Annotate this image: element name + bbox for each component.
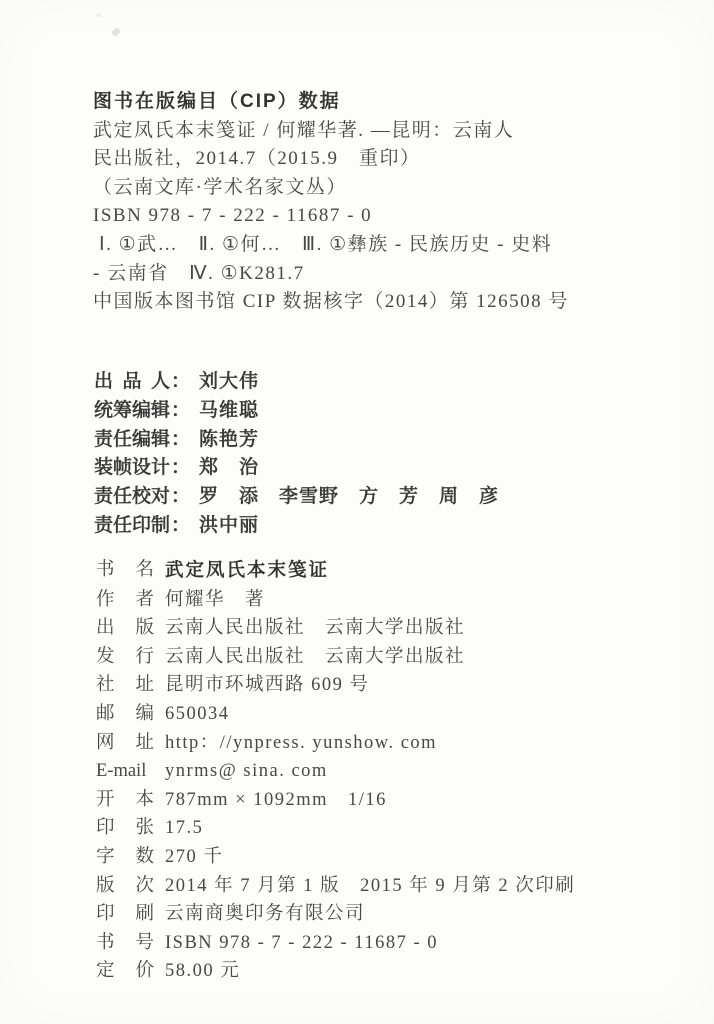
cip-classification-line: Ⅰ. ①武… Ⅱ. ①何… Ⅲ. ①彝族 - 民族历史 - 史料 bbox=[93, 231, 638, 260]
colon: ： bbox=[171, 400, 190, 421]
detail-row-edition: 版次2014 年 7 月第 1 版 2015 年 9 月第 2 次印刷 bbox=[96, 872, 636, 901]
detail-value: 650034 bbox=[165, 704, 230, 724]
cip-registry-line: 中国版本图书馆 CIP 数据核字（2014）第 126508 号 bbox=[93, 288, 638, 317]
detail-label: 印刷 bbox=[96, 900, 154, 929]
detail-value: 昆明市环城西路 609 号 bbox=[165, 675, 370, 695]
colon: ： bbox=[171, 429, 190, 450]
staff-name: 刘大伟 bbox=[199, 371, 259, 392]
book-copyright-page: 图书在版编目（CIP）数据 武定凤氏本末笺证 / 何耀华著. —昆明：云南人 民… bbox=[0, 0, 714, 1024]
detail-row-website: 网址http：//ynpress. yunshow. com bbox=[96, 729, 636, 758]
detail-label: 版次 bbox=[96, 872, 154, 901]
detail-row-printer: 印刷云南商奥印务有限公司 bbox=[96, 900, 636, 929]
detail-label: 定价 bbox=[96, 957, 154, 986]
detail-value: 云南人民出版社 云南大学出版社 bbox=[165, 647, 465, 667]
staff-row: 责任校对：罗 添 李雪野 方 芳 周 彦 bbox=[94, 483, 614, 512]
detail-row-address: 社址昆明市环城西路 609 号 bbox=[96, 671, 636, 700]
detail-label: 书号 bbox=[96, 929, 154, 958]
detail-label: 邮编 bbox=[96, 700, 154, 729]
staff-role-label: 责任编辑 bbox=[94, 426, 170, 455]
colon: ： bbox=[171, 515, 190, 536]
detail-label: 字数 bbox=[96, 843, 154, 872]
staff-row: 装帧设计：郑 治 bbox=[94, 454, 614, 483]
staff-row: 责任编辑：陈艳芳 bbox=[94, 426, 614, 455]
detail-value: 17.5 bbox=[165, 818, 203, 838]
cip-classification-line: - 云南省 Ⅳ. ①K281.7 bbox=[93, 260, 638, 289]
detail-row-email: E-mailynrms@ sina. com bbox=[96, 757, 636, 786]
cip-block: 图书在版编目（CIP）数据 武定凤氏本末笺证 / 何耀华著. —昆明：云南人 民… bbox=[93, 88, 638, 317]
staff-block: 出品人：刘大伟 统筹编辑：马维聪 责任编辑：陈艳芳 装帧设计：郑 治 责任校对：… bbox=[94, 368, 614, 541]
detail-row-publisher: 出版云南人民出版社 云南大学出版社 bbox=[96, 614, 636, 643]
staff-row: 统筹编辑：马维聪 bbox=[94, 397, 614, 426]
isbn-number: ISBN 978 - 7 - 222 - 11687 - 0 bbox=[165, 933, 438, 953]
staff-name: 郑 治 bbox=[199, 457, 259, 478]
publication-details-block: 书名武定凤氏本末笺证 作者何耀华 著 出版云南人民出版社 云南大学出版社 发行云… bbox=[96, 556, 636, 986]
detail-row-author: 作者何耀华 著 bbox=[96, 586, 636, 615]
staff-row: 出品人：刘大伟 bbox=[94, 368, 614, 397]
website-url: http：//ynpress. yunshow. com bbox=[165, 733, 437, 753]
colon: ： bbox=[171, 457, 190, 478]
scan-artifact bbox=[95, 12, 101, 17]
detail-label: 印张 bbox=[96, 814, 154, 843]
cip-line: 民出版社，2014.7（2015.9 重印） bbox=[93, 145, 638, 174]
staff-role-label: 装帧设计 bbox=[94, 454, 170, 483]
detail-value: 云南商奥印务有限公司 bbox=[165, 904, 365, 924]
detail-row-sheets: 印张17.5 bbox=[96, 814, 636, 843]
detail-row-title: 书名武定凤氏本末笺证 bbox=[96, 556, 636, 586]
detail-row-format: 开本787mm × 1092mm 1/16 bbox=[96, 786, 636, 815]
staff-name: 洪中丽 bbox=[199, 515, 259, 536]
detail-value: 2014 年 7 月第 1 版 2015 年 9 月第 2 次印刷 bbox=[165, 876, 575, 896]
detail-label: 作者 bbox=[96, 586, 154, 615]
detail-row-distributor: 发行云南人民出版社 云南大学出版社 bbox=[96, 643, 636, 672]
detail-label: 出版 bbox=[96, 614, 154, 643]
staff-role-label: 统筹编辑 bbox=[94, 397, 170, 426]
detail-value: 何耀华 著 bbox=[165, 590, 265, 610]
book-title: 武定凤氏本末笺证 bbox=[165, 559, 329, 580]
cip-line: 武定凤氏本末笺证 / 何耀华著. —昆明：云南人 bbox=[93, 117, 638, 146]
detail-label: 开本 bbox=[96, 786, 154, 815]
detail-row-price: 定价58.00 元 bbox=[96, 957, 636, 986]
cip-isbn-line: ISBN 978 - 7 - 222 - 11687 - 0 bbox=[93, 202, 638, 231]
detail-label: E-mail bbox=[96, 757, 154, 786]
cip-line: （云南文库·学术名家文丛） bbox=[93, 174, 638, 203]
price: 58.00 元 bbox=[165, 961, 240, 981]
email-address: ynrms@ sina. com bbox=[165, 761, 328, 781]
cip-heading: 图书在版编目（CIP）数据 bbox=[93, 88, 638, 117]
colon: ： bbox=[171, 486, 190, 507]
detail-label: 网址 bbox=[96, 729, 154, 758]
detail-label: 社址 bbox=[96, 671, 154, 700]
scan-artifact bbox=[111, 27, 121, 37]
detail-value: 270 千 bbox=[165, 847, 223, 867]
colon: ： bbox=[171, 371, 190, 392]
detail-value: 云南人民出版社 云南大学出版社 bbox=[165, 618, 465, 638]
staff-name: 马维聪 bbox=[199, 400, 259, 421]
staff-role-label: 责任校对 bbox=[94, 483, 170, 512]
detail-row-postcode: 邮编650034 bbox=[96, 700, 636, 729]
detail-row-isbn: 书号ISBN 978 - 7 - 222 - 11687 - 0 bbox=[96, 929, 636, 958]
detail-label: 发行 bbox=[96, 643, 154, 672]
staff-name: 罗 添 李雪野 方 芳 周 彦 bbox=[199, 486, 499, 507]
detail-row-wordcount: 字数270 千 bbox=[96, 843, 636, 872]
staff-role-label: 出品人 bbox=[94, 368, 170, 397]
detail-label: 书名 bbox=[96, 556, 154, 585]
staff-name: 陈艳芳 bbox=[199, 429, 259, 450]
detail-value: 787mm × 1092mm 1/16 bbox=[165, 790, 387, 810]
staff-row: 责任印制：洪中丽 bbox=[94, 512, 614, 541]
staff-role-label: 责任印制 bbox=[94, 512, 170, 541]
